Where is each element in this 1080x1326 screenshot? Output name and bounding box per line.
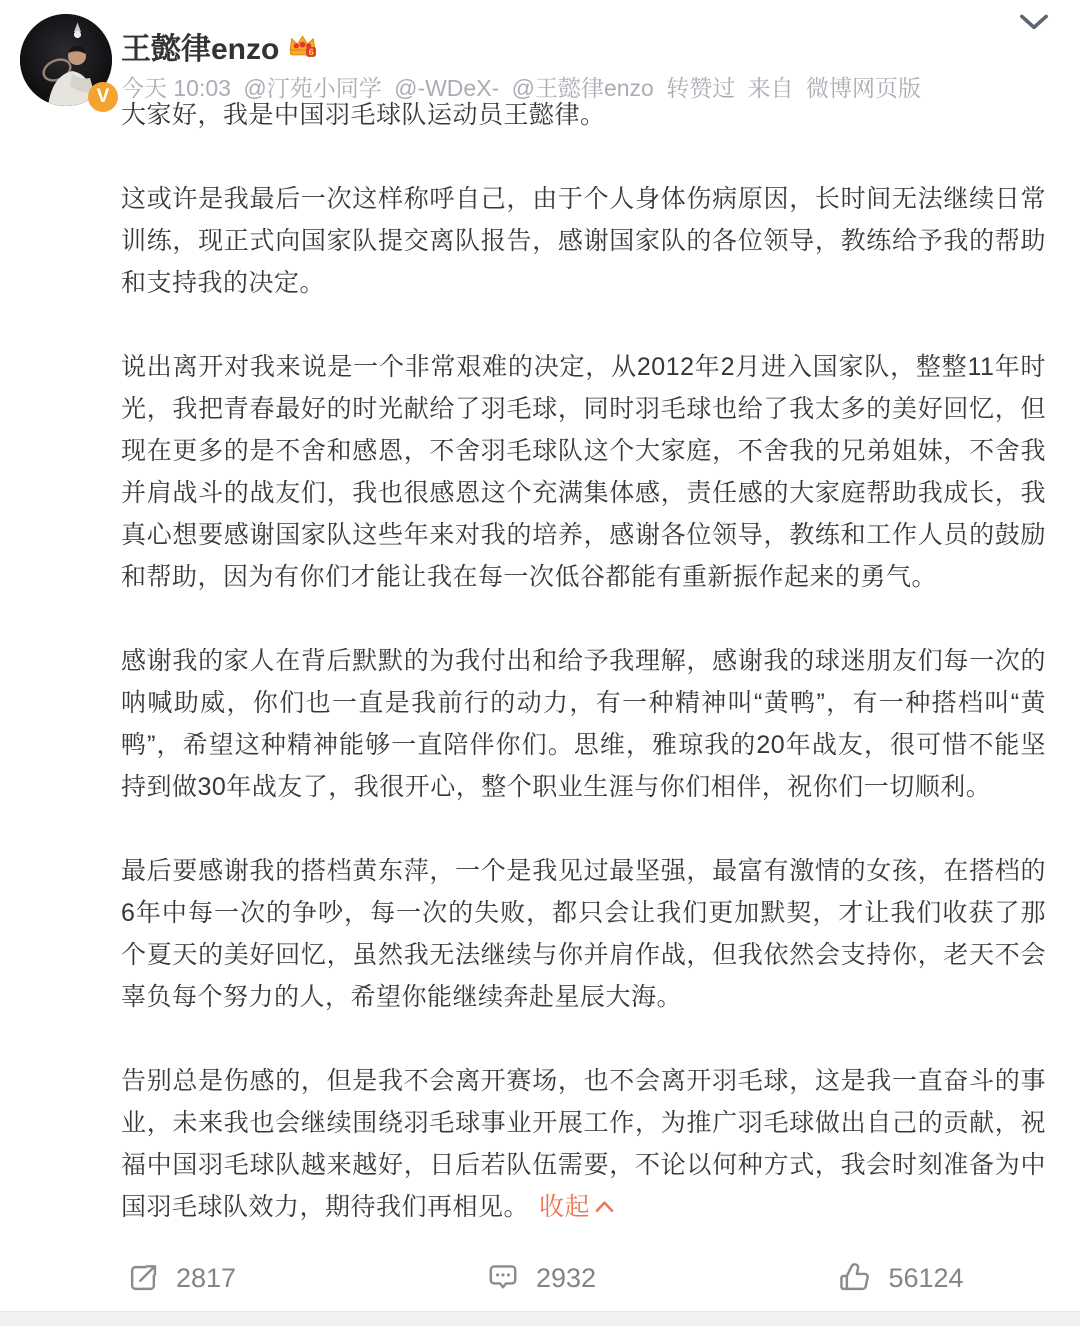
page-background-strip xyxy=(0,1311,1080,1326)
comment-count: 2932 xyxy=(536,1263,596,1294)
vip-crown-icon: 6 xyxy=(287,33,318,60)
collapse-label: 收起 xyxy=(539,1193,590,1221)
post-paragraph: 说出离开对我来说是一个非常艰难的决定，从2012年2月进入国家队，整整11年时光… xyxy=(121,346,1046,598)
comment-bubble-icon xyxy=(484,1259,522,1297)
post-paragraph: 大家好，我是中国羽毛球队运动员王懿律。 xyxy=(121,94,1046,136)
like-count: 56124 xyxy=(888,1263,963,1294)
repost-button[interactable]: 2817 xyxy=(0,1246,360,1310)
post-paragraph: 感谢我的家人在背后默默的为我付出和给予我理解，感谢我的球迷朋友们每一次的呐喊助威… xyxy=(121,640,1046,808)
post-paragraph: 最后要感谢我的搭档黄东萍，一个是我见过最坚强，最富有激情的女孩，在搭档的6年中每… xyxy=(121,850,1046,1018)
comment-button[interactable]: 2932 xyxy=(360,1246,720,1310)
weibo-post-card: V 王懿律enzo 6 今天 10:03 @汀苑小同学 @-WDeX- @王懿律… xyxy=(0,0,1080,1326)
action-bar: 2817 2932 56124 xyxy=(0,1246,1080,1310)
like-button[interactable]: 56124 xyxy=(720,1246,1080,1310)
post-paragraph: 告别总是伤感的，但是我不会离开赛场，也不会离开羽毛球，这是我一直奋斗的事业，未来… xyxy=(121,1060,1046,1228)
repost-share-icon xyxy=(124,1259,162,1297)
chevron-down-icon xyxy=(1019,14,1049,31)
post-text: 大家好，我是中国羽毛球队运动员王懿律。 这或许是我最后一次这样称呼自己，由于个人… xyxy=(121,94,1046,1228)
svg-text:6: 6 xyxy=(309,47,314,57)
username[interactable]: 王懿律enzo xyxy=(121,24,279,68)
collapse-post-button[interactable] xyxy=(1012,4,1056,40)
thumbs-up-icon xyxy=(836,1259,874,1297)
verified-v-badge: V xyxy=(88,82,118,112)
chevron-up-icon xyxy=(595,1200,614,1213)
collapse-text-link[interactable]: 收起 xyxy=(539,1193,614,1221)
repost-count: 2817 xyxy=(176,1263,236,1294)
post-paragraph: 这或许是我最后一次这样称呼自己，由于个人身体伤病原因，长时间无法继续日常训练，现… xyxy=(121,178,1046,304)
